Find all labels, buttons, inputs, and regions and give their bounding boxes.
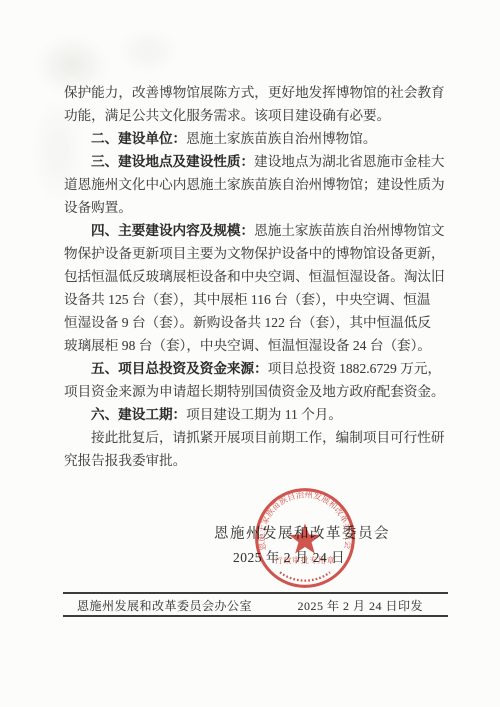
footer-print-date: 2025 年 2 月 24 日印发 bbox=[297, 597, 423, 614]
footer-divider-top bbox=[63, 592, 448, 594]
body-line: 功能，满足公共文化服务需求。该项目建设确有必要。 bbox=[64, 104, 447, 127]
scan-artifact bbox=[118, 30, 178, 72]
body-line: 包括恒温低反玻璃展柜设备和中央空调、恒温恒湿设备。淘汰旧 bbox=[64, 265, 447, 288]
body-line-heading: 五、项目总投资及资金来源：项目总投资 1882.6729 万元， bbox=[64, 357, 447, 380]
body-line-heading: 二、建设单位：恩施土家族苗族自治州博物馆。 bbox=[64, 127, 447, 150]
footer-divider-bottom bbox=[63, 615, 448, 617]
scanned-document-page: 保护能力，改善博物馆展陈方式，更好地发挥博物馆的社会教育 功能，满足公共文化服务… bbox=[0, 0, 500, 707]
footer-issuer: 恩施州发展和改革委员会办公室 bbox=[77, 597, 252, 614]
body-line-heading: 三、建设地点及建设性质：建设地点为湖北省恩施市金桂大 bbox=[64, 150, 447, 173]
star-icon bbox=[289, 523, 321, 553]
body-line: 道恩施州文化中心内恩施土家族苗族自治州博物馆；建设性质为 bbox=[64, 173, 447, 196]
footer: 恩施州发展和改革委员会办公室 2025 年 2 月 24 日印发 bbox=[63, 596, 448, 614]
body-line: 物保护设备更新项目主要为文物保护设备中的博物馆设备更新， bbox=[64, 242, 447, 265]
body-line: 玻璃展柜 98 台（套），中央空调、恒温恒湿设备 24 台（套）。 bbox=[64, 334, 447, 357]
body-line-heading: 四、主要建设内容及规模：恩施土家族苗族自治州博物馆文 bbox=[64, 219, 447, 242]
body-line: 项目资金来源为申请超长期特别国债资金及地方政府配套资金。 bbox=[64, 380, 447, 403]
body-line: 接此批复后，请抓紧开展项目前期工作，编制项目可行性研 bbox=[64, 426, 447, 449]
official-seal: 恩施土家族苗族自治州发展和改革委员会 行政审批专用章 bbox=[253, 486, 357, 590]
body-line: 保护能力，改善博物馆展陈方式，更好地发挥博物馆的社会教育 bbox=[64, 81, 447, 104]
body-line-heading: 六、建设工期：项目建设工期为 11 个月。 bbox=[64, 403, 447, 426]
seal-center-label: 行政审批专用章 bbox=[275, 555, 335, 565]
body-line: 设备共 125 台（套），其中展柜 116 台（套），中央空调、恒温 bbox=[64, 288, 447, 311]
body-line: 究报告报我委审批。 bbox=[64, 449, 447, 472]
seal-serial-marks bbox=[280, 572, 330, 580]
body-line: 设备购置。 bbox=[64, 196, 447, 219]
body-line: 恒湿设备 9 台（套）。新购设备共 122 台（套），其中恒温低反 bbox=[64, 311, 447, 334]
document-body: 保护能力，改善博物馆展陈方式，更好地发挥博物馆的社会教育 功能，满足公共文化服务… bbox=[64, 81, 447, 472]
